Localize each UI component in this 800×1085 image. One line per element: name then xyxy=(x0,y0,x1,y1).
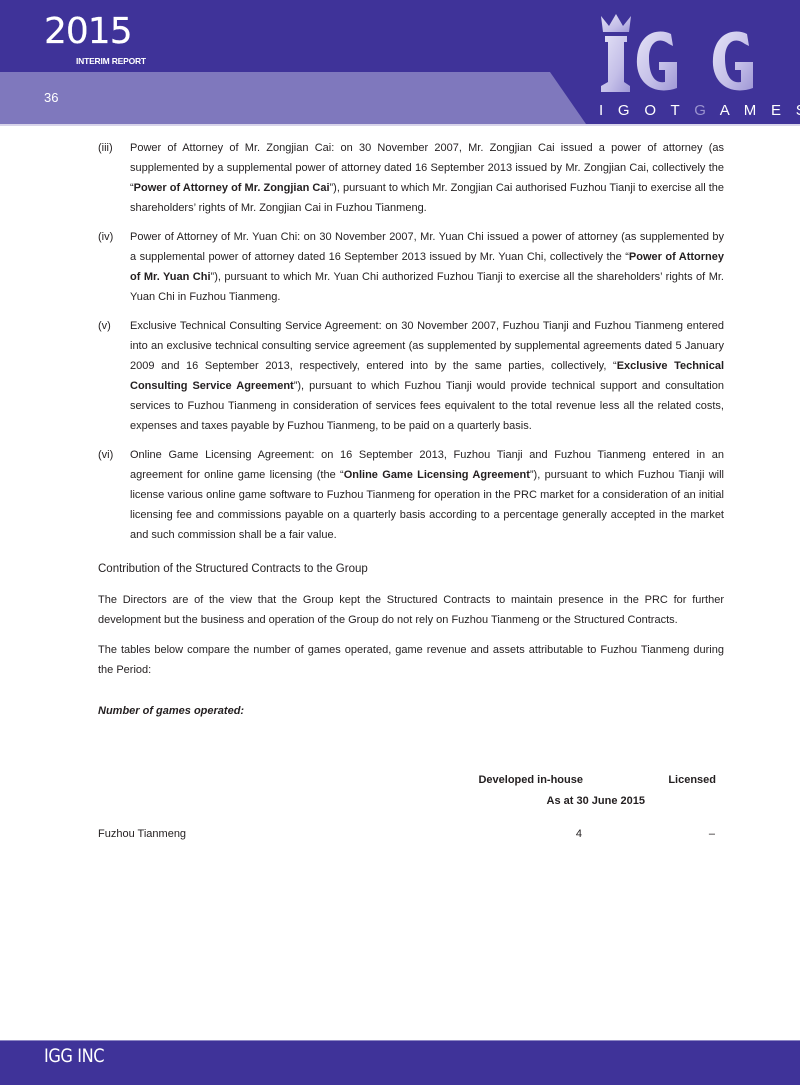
table-cell-developed: 4 xyxy=(518,828,582,840)
section-heading: Contribution of the Structured Contracts… xyxy=(98,559,724,579)
defined-term: Online Game Licensing Agreement xyxy=(344,469,530,481)
igg-logo-mark-icon xyxy=(597,12,757,98)
contract-item: (vi) Online Game Licensing Agreement: on… xyxy=(98,445,724,545)
logo-tagline: I G O T G A M E S xyxy=(599,102,759,119)
item-marker: (vi) xyxy=(98,445,113,465)
paragraph: The Directors are of the view that the G… xyxy=(98,590,724,630)
company-name: IGG INC xyxy=(44,1045,104,1067)
item-marker: (iv) xyxy=(98,227,113,247)
document-body: (iii) Power of Attorney of Mr. Zongjian … xyxy=(98,138,724,721)
table-row-label: Fuzhou Tianmeng xyxy=(98,828,186,840)
report-year: 2015 xyxy=(44,14,132,50)
table-title: Number of games operated: xyxy=(98,701,724,721)
item-text: Power of Attorney of Mr. Zongjian Cai: o… xyxy=(130,138,724,218)
paragraph: The tables below compare the number of g… xyxy=(98,640,724,680)
item-marker: (v) xyxy=(98,316,111,336)
report-label: INTERIM REPORT xyxy=(76,56,146,66)
item-marker: (iii) xyxy=(98,138,113,158)
header-divider xyxy=(0,124,800,126)
column-header-developed: Developed in-house xyxy=(468,774,583,786)
table-cell-licensed: – xyxy=(658,828,715,840)
contract-item: (iv) Power of Attorney of Mr. Yuan Chi: … xyxy=(98,227,724,307)
page-footer: IGG INC xyxy=(0,1040,800,1085)
igg-logo: I G O T G A M E S xyxy=(595,12,760,120)
defined-term: Power of Attorney of Mr. Zongjian Cai xyxy=(134,182,330,194)
column-header-licensed: Licensed xyxy=(618,774,716,786)
item-text: Online Game Licensing Agreement: on 16 S… xyxy=(130,445,724,545)
item-text: Power of Attorney of Mr. Yuan Chi: on 30… xyxy=(130,227,724,307)
contract-item: (v) Exclusive Technical Consulting Servi… xyxy=(98,316,724,436)
item-text: Exclusive Technical Consulting Service A… xyxy=(130,316,724,436)
page-header: 2015 INTERIM REPORT 36 I G O T G A M E S xyxy=(0,0,800,124)
column-subheader-date: As at 30 June 2015 xyxy=(498,795,645,807)
contract-item: (iii) Power of Attorney of Mr. Zongjian … xyxy=(98,138,724,218)
page-number: 36 xyxy=(44,90,58,105)
